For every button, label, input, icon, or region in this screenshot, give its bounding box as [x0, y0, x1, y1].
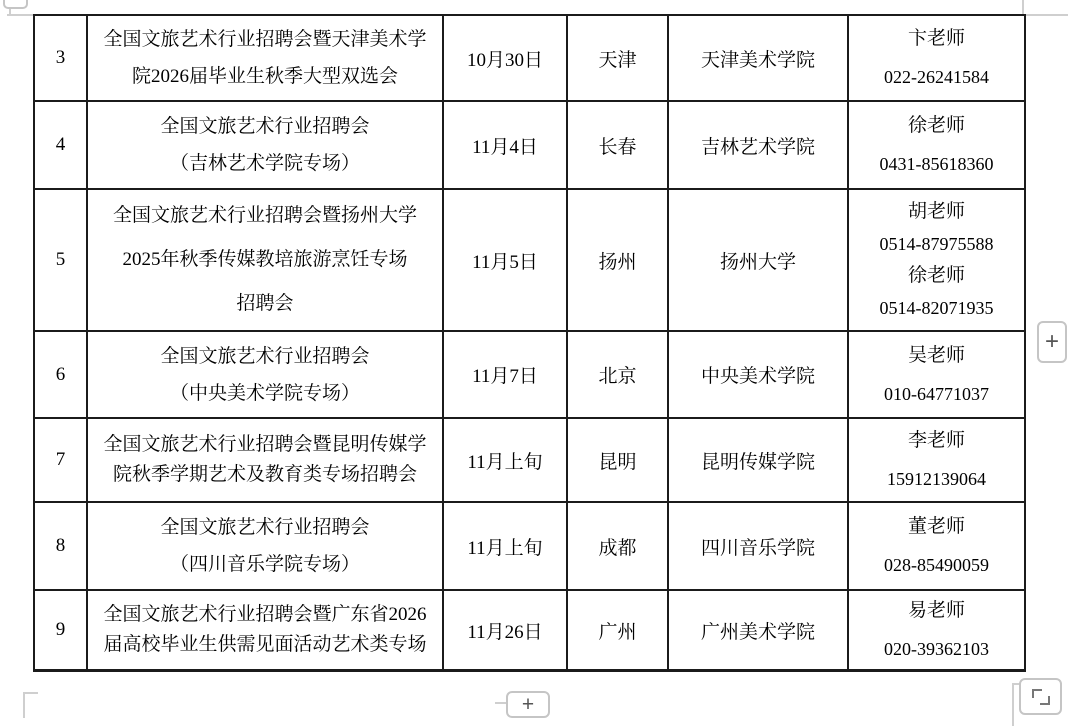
crop-mark-bottom-left-horizontal — [23, 692, 38, 694]
document-page: 3全国文旅艺术行业招聘会暨天津美术学院2026届毕业生秋季大型双选会10月30日… — [0, 0, 1068, 726]
crop-mark-top-right-horizontal — [1025, 14, 1068, 16]
event-venue: 吉林艺术学院 — [701, 137, 815, 158]
event-city: 北京 — [598, 366, 636, 387]
venue-cell[interactable]: 扬州大学 — [668, 189, 848, 331]
contact-phone: 010-64771037 — [849, 375, 1024, 414]
date-cell[interactable]: 10月30日 — [443, 15, 567, 101]
contact-phone: 0431-85618360 — [849, 145, 1024, 184]
event-date: 10月30日 — [467, 50, 543, 71]
event-city: 天津 — [598, 50, 636, 71]
contact-cell[interactable]: 董老师028-85490059 — [848, 502, 1025, 590]
city-cell[interactable]: 成都 — [567, 502, 668, 590]
insert-column-connector-line — [495, 702, 506, 704]
crop-mark-bottom-right-vertical — [1012, 683, 1014, 726]
contact-cell[interactable]: 易老师020-39362103 — [848, 590, 1025, 671]
city-cell[interactable]: 长春 — [567, 101, 668, 189]
table-row: 7全国文旅艺术行业招聘会暨昆明传媒学院秋季学期艺术及教育类专场招聘会11月上旬昆… — [34, 418, 1025, 502]
contact-cell[interactable]: 胡老师0514-87975588徐老师0514-82071935 — [848, 189, 1025, 331]
row-number-cell[interactable]: 8 — [34, 502, 87, 590]
venue-cell[interactable]: 广州美术学院 — [668, 590, 848, 671]
recruitment-schedule-table: 3全国文旅艺术行业招聘会暨天津美术学院2026届毕业生秋季大型双选会10月30日… — [33, 14, 1026, 672]
date-cell[interactable]: 11月26日 — [443, 590, 567, 671]
row-number-cell[interactable]: 7 — [34, 418, 87, 502]
event-name-line: 全国文旅艺术行业招聘会暨广东省2026 — [88, 600, 442, 630]
contact-phone: 0514-82071935 — [849, 292, 1024, 324]
venue-cell[interactable]: 中央美术学院 — [668, 331, 848, 418]
event-date: 11月4日 — [472, 137, 538, 158]
table-row: 5全国文旅艺术行业招聘会暨扬州大学2025年秋季传媒教培旅游烹饪专场招聘会11月… — [34, 189, 1025, 331]
contact-phone: 028-85490059 — [849, 546, 1024, 585]
event-date: 11月上旬 — [467, 452, 542, 473]
event-venue: 中央美术学院 — [701, 366, 815, 387]
event-name-line: 全国文旅艺术行业招聘会 — [88, 338, 442, 375]
contact-name: 董老师 — [849, 507, 1024, 546]
insert-row-button[interactable]: + — [1037, 321, 1067, 363]
contact-phone: 15912139064 — [849, 460, 1024, 499]
row-number: 4 — [56, 134, 66, 155]
event-name-line: 2025年秋季传媒教培旅游烹饪专场 — [88, 238, 442, 282]
event-name-line: 院秋季学期艺术及教育类专场招聘会 — [88, 460, 442, 490]
event-name-line: 全国文旅艺术行业招聘会 — [88, 108, 442, 145]
event-name-cell[interactable]: 全国文旅艺术行业招聘会暨广东省2026届高校毕业生供需见面活动艺术类专场 — [87, 590, 443, 671]
event-city: 扬州 — [598, 252, 636, 273]
event-city: 长春 — [598, 137, 636, 158]
crop-mark-top-right-vertical — [1022, 0, 1024, 15]
event-name-cell[interactable]: 全国文旅艺术行业招聘会（吉林艺术学院专场） — [87, 101, 443, 189]
table-row: 9全国文旅艺术行业招聘会暨广东省2026届高校毕业生供需见面活动艺术类专场11月… — [34, 590, 1025, 671]
venue-cell[interactable]: 吉林艺术学院 — [668, 101, 848, 189]
plus-icon: + — [1045, 328, 1059, 356]
city-cell[interactable]: 广州 — [567, 590, 668, 671]
crop-mark-bottom-left-vertical — [23, 692, 25, 718]
event-name-line: 招聘会 — [88, 282, 442, 326]
event-venue: 昆明传媒学院 — [701, 452, 815, 473]
event-name-line: （中央美术学院专场） — [88, 375, 442, 412]
contact-name: 徐老师 — [849, 106, 1024, 145]
contact-cell[interactable]: 吴老师010-64771037 — [848, 331, 1025, 418]
city-cell[interactable]: 北京 — [567, 331, 668, 418]
row-number-cell[interactable]: 3 — [34, 15, 87, 101]
event-venue: 四川音乐学院 — [701, 538, 815, 559]
event-name-cell[interactable]: 全国文旅艺术行业招聘会（中央美术学院专场） — [87, 331, 443, 418]
table-resize-handle[interactable] — [1019, 678, 1062, 715]
contact-phone: 0514-87975588 — [849, 228, 1024, 260]
row-number-cell[interactable]: 6 — [34, 331, 87, 418]
contact-cell[interactable]: 卞老师022-26241584 — [848, 15, 1025, 101]
row-number: 5 — [56, 249, 66, 270]
plus-icon: + — [522, 693, 534, 717]
venue-cell[interactable]: 昆明传媒学院 — [668, 418, 848, 502]
event-name-line: 全国文旅艺术行业招聘会暨昆明传媒学 — [88, 430, 442, 460]
table-row: 4全国文旅艺术行业招聘会（吉林艺术学院专场）11月4日长春吉林艺术学院徐老师04… — [34, 101, 1025, 189]
row-number: 3 — [56, 47, 66, 68]
event-name-line: 全国文旅艺术行业招聘会暨扬州大学 — [88, 194, 442, 238]
row-number: 7 — [56, 449, 66, 470]
event-name-line: （吉林艺术学院专场） — [88, 145, 442, 182]
event-city: 广州 — [598, 622, 636, 643]
contact-name: 吴老师 — [849, 336, 1024, 375]
contact-name: 胡老师 — [849, 196, 1024, 228]
event-date: 11月26日 — [467, 622, 542, 643]
row-number-cell[interactable]: 5 — [34, 189, 87, 331]
row-number: 8 — [56, 535, 66, 556]
event-date: 11月上旬 — [467, 538, 542, 559]
contact-cell[interactable]: 李老师15912139064 — [848, 418, 1025, 502]
event-venue: 广州美术学院 — [701, 622, 815, 643]
resize-corners-icon — [1032, 689, 1050, 705]
event-name-cell[interactable]: 全国文旅艺术行业招聘会暨昆明传媒学院秋季学期艺术及教育类专场招聘会 — [87, 418, 443, 502]
event-name-line: 全国文旅艺术行业招聘会暨天津美术学 — [88, 21, 442, 58]
table-row: 6全国文旅艺术行业招聘会（中央美术学院专场）11月7日北京中央美术学院吴老师01… — [34, 331, 1025, 418]
row-number: 9 — [56, 619, 66, 640]
contact-cell[interactable]: 徐老师0431-85618360 — [848, 101, 1025, 189]
date-cell[interactable]: 11月5日 — [443, 189, 567, 331]
contact-name: 李老师 — [849, 421, 1024, 460]
row-number-cell[interactable]: 4 — [34, 101, 87, 189]
date-cell[interactable]: 11月4日 — [443, 101, 567, 189]
contact-name: 易老师 — [849, 591, 1024, 630]
venue-cell[interactable]: 四川音乐学院 — [668, 502, 848, 590]
event-venue: 天津美术学院 — [701, 50, 815, 71]
table-row: 3全国文旅艺术行业招聘会暨天津美术学院2026届毕业生秋季大型双选会10月30日… — [34, 15, 1025, 101]
event-name-line: 全国文旅艺术行业招聘会 — [88, 509, 442, 546]
contact-phone: 020-39362103 — [849, 630, 1024, 669]
event-city: 成都 — [598, 538, 636, 559]
contact-name: 卞老师 — [849, 19, 1024, 58]
city-cell[interactable]: 扬州 — [567, 189, 668, 331]
insert-column-button[interactable]: + — [506, 691, 550, 718]
date-cell[interactable]: 11月上旬 — [443, 418, 567, 502]
table-row: 8全国文旅艺术行业招聘会（四川音乐学院专场）11月上旬成都四川音乐学院董老师02… — [34, 502, 1025, 590]
event-date: 11月5日 — [472, 252, 538, 273]
event-name-line: （四川音乐学院专场） — [88, 546, 442, 583]
row-number-cell[interactable]: 9 — [34, 590, 87, 671]
date-cell[interactable]: 11月7日 — [443, 331, 567, 418]
venue-cell[interactable]: 天津美术学院 — [668, 15, 848, 101]
event-name-cell[interactable]: 全国文旅艺术行业招聘会暨天津美术学院2026届毕业生秋季大型双选会 — [87, 15, 443, 101]
event-city: 昆明 — [598, 452, 636, 473]
event-name-line: 届高校毕业生供需见面活动艺术类专场 — [88, 630, 442, 660]
event-name-line: 院2026届毕业生秋季大型双选会 — [88, 58, 442, 95]
contact-name: 徐老师 — [849, 260, 1024, 292]
date-cell[interactable]: 11月上旬 — [443, 502, 567, 590]
city-cell[interactable]: 昆明 — [567, 418, 668, 502]
event-venue: 扬州大学 — [720, 252, 796, 273]
event-name-cell[interactable]: 全国文旅艺术行业招聘会（四川音乐学院专场） — [87, 502, 443, 590]
clipped-control-button[interactable] — [3, 0, 28, 9]
contact-phone: 022-26241584 — [849, 58, 1024, 97]
event-date: 11月7日 — [472, 366, 538, 387]
event-name-cell[interactable]: 全国文旅艺术行业招聘会暨扬州大学2025年秋季传媒教培旅游烹饪专场招聘会 — [87, 189, 443, 331]
city-cell[interactable]: 天津 — [567, 15, 668, 101]
row-number: 6 — [56, 364, 66, 385]
crop-mark-top-left-horizontal — [7, 14, 34, 16]
